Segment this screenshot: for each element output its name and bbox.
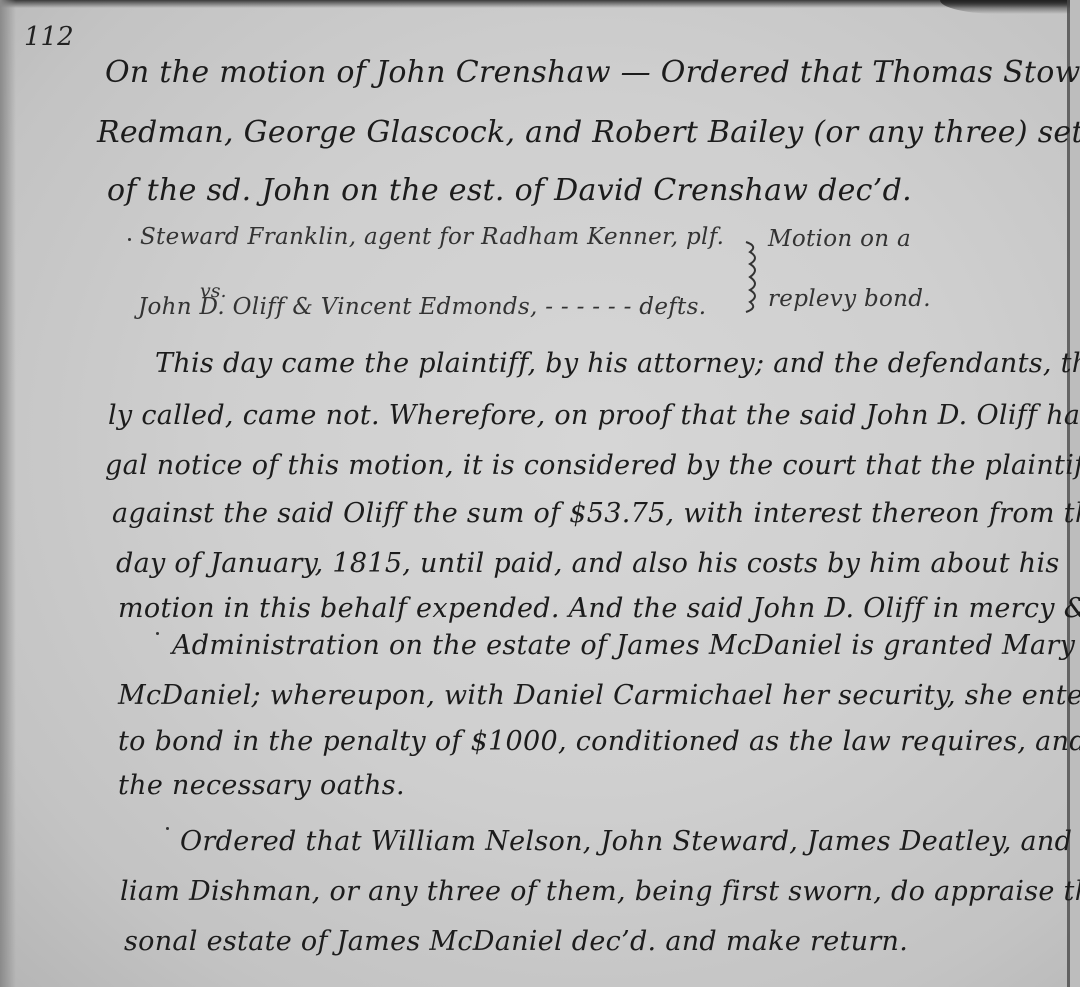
- entry-line: gal notice of this motion, it is conside…: [105, 452, 1080, 479]
- scan-corner-shadow: [940, 0, 1080, 14]
- entry-line: to bond in the penalty of $1000, conditi…: [118, 728, 1080, 755]
- entry-marker: [166, 827, 169, 830]
- entry-marker: [156, 632, 159, 635]
- entry-line: Ordered that William Nelson, John Stewar…: [180, 828, 1080, 855]
- defendant-line: John D. Oliff & Vincent Edmonds, - - - -…: [138, 296, 706, 319]
- entry-line: Administration on the estate of James Mc…: [172, 632, 1075, 659]
- entry-line: motion in this behalf expended. And the …: [118, 595, 1080, 622]
- entry-line: of the sd. John on the est. of David Cre…: [107, 176, 912, 206]
- entry-line: On the motion of John Crenshaw — Ordered…: [105, 58, 1080, 88]
- binding-shadow: [0, 0, 16, 987]
- entry-line: the necessary oaths.: [118, 772, 405, 799]
- entry-line: sonal estate of James McDaniel dec’d. an…: [124, 928, 908, 955]
- entry-line: ly called, came not. Wherefore, on proof…: [108, 402, 1080, 429]
- entry-line: against the said Oliff the sum of $53.75…: [112, 500, 1080, 527]
- motion-note-line-1: Motion on a: [768, 228, 911, 251]
- entry-line: This day came the plaintiff, by his atto…: [155, 350, 1080, 377]
- plaintiff-line: Steward Franklin, agent for Radham Kenne…: [140, 226, 724, 249]
- entry-line: day of January, 1815, until paid, and al…: [116, 550, 1060, 577]
- entry-line: Redman, George Glascock, and Robert Bail…: [97, 118, 1080, 148]
- scan-top-edge: [0, 0, 1080, 8]
- curly-brace-icon: [742, 240, 764, 314]
- entry-line: McDaniel; whereupon, with Daniel Carmich…: [118, 682, 1080, 709]
- entry-marker: [128, 238, 131, 241]
- page-number: 112: [24, 22, 74, 52]
- entry-line: liam Dishman, or any three of them, bein…: [120, 878, 1080, 905]
- motion-note-line-2: replevy bond.: [768, 288, 931, 311]
- document-page: 112 On the motion of John Crenshaw — Ord…: [0, 0, 1080, 987]
